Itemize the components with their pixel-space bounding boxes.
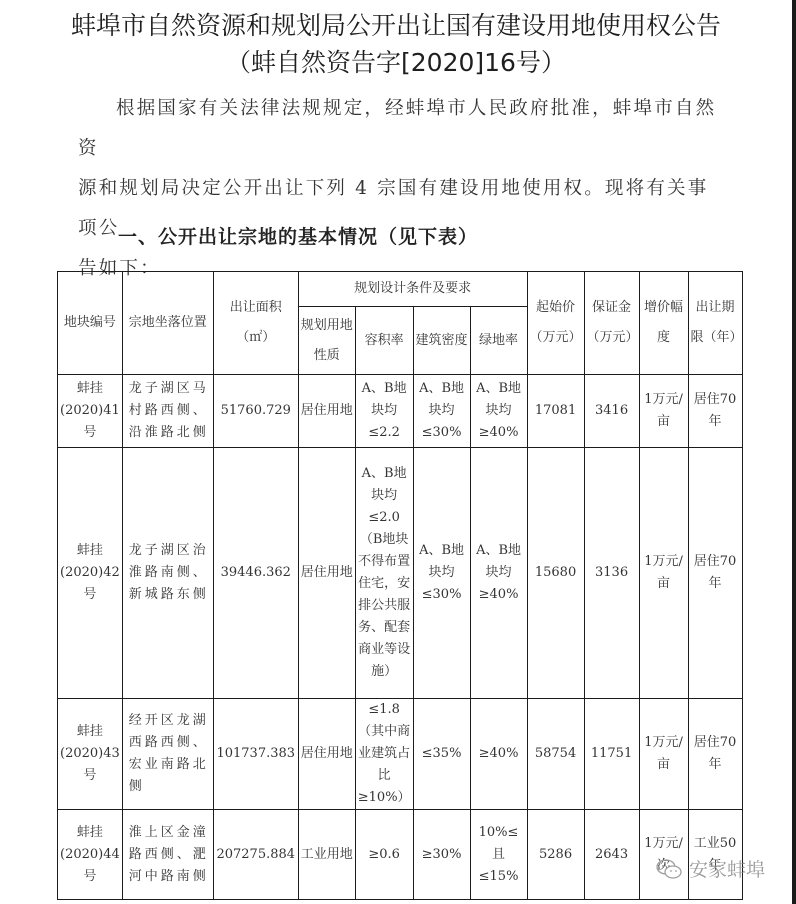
cell-green-ratio: ≥40%: [470, 699, 527, 810]
cell-start-price: 15680: [527, 448, 584, 699]
cell-far: A、B地块均≤2.2: [355, 375, 413, 448]
land-parcels-table: 地块编号 宗地坐落位置 出让面积（㎡） 规划设计条件及要求 起始价（万元） 保证…: [57, 271, 743, 900]
table-row: 蚌挂(2020)43号 经开区龙湖西路西侧、宏业南路北侧 101737.383 …: [58, 699, 743, 810]
cell-green-ratio: A、B地块均≥40%: [470, 448, 527, 699]
cell-parcel-no: 蚌挂(2020)44号: [58, 810, 123, 900]
header-parcel-no: 地块编号: [58, 272, 123, 375]
cell-density: ≥30%: [413, 810, 470, 900]
cell-area: 207275.884: [213, 810, 298, 900]
cell-parcel-no: 蚌挂(2020)41号: [58, 375, 123, 448]
cell-parcel-no: 蚌挂(2020)42号: [58, 448, 123, 699]
document-title: 蚌埠市自然资源和规划局公开出让国有建设用地使用权公告: [0, 6, 792, 42]
cell-land-use: 居住用地: [298, 699, 355, 810]
header-deposit: 保证金（万元）: [584, 272, 639, 375]
page-edge-border: [792, 0, 796, 904]
header-land-use: 规划用地性质: [298, 307, 355, 375]
cell-area: 51760.729: [213, 375, 298, 448]
header-area: 出让面积（㎡）: [213, 272, 298, 375]
header-term: 出让期限（年）: [688, 272, 742, 375]
cell-land-use: 工业用地: [298, 810, 355, 900]
table-row: 蚌挂(2020)41号 龙子湖区马村路西侧、沿淮路北侧 51760.729 居住…: [58, 375, 743, 448]
cell-term: 居住70年: [688, 448, 742, 699]
cell-increment: 1万元/亩: [639, 375, 688, 448]
cell-far: ≥0.6: [355, 810, 413, 900]
header-far: 容积率: [355, 307, 413, 375]
table-row: 蚌挂(2020)44号 淮上区金潼路西侧、淝河中路南侧 207275.884 工…: [58, 810, 743, 900]
cell-deposit: 11751: [584, 699, 639, 810]
cell-start-price: 58754: [527, 699, 584, 810]
cell-land-use: 居住用地: [298, 375, 355, 448]
document-number: （蚌自然资告字[2020]16号）: [0, 43, 792, 79]
cell-deposit: 2643: [584, 810, 639, 900]
wechat-icon: [655, 858, 683, 880]
cell-increment: 1万元/亩: [639, 699, 688, 810]
cell-deposit: 3136: [584, 448, 639, 699]
cell-green-ratio: 10%≤且≤15%: [470, 810, 527, 900]
table-row: 蚌挂(2020)42号 龙子湖区治淮路南侧、新城路东侧 39446.362 居住…: [58, 448, 743, 699]
cell-term: 居住70年: [688, 699, 742, 810]
watermark-text: 安家蚌埠: [689, 855, 765, 882]
cell-green-ratio: A、B地块均≥40%: [470, 375, 527, 448]
cell-term: 居住70年: [688, 375, 742, 448]
intro-line-1: 根据国家有关法律法规规定，经蚌埠市人民政府批准，蚌埠市自然资: [78, 89, 718, 169]
watermark: 安家蚌埠: [655, 855, 765, 882]
cell-far: ≤1.8（其中商业建筑占比≥10%）: [355, 699, 413, 810]
cell-location: 龙子湖区治淮路南侧、新城路东侧: [122, 448, 213, 699]
cell-increment: 1万元/亩: [639, 448, 688, 699]
header-density: 建筑密度: [413, 307, 470, 375]
cell-density: A、B地块均≤30%: [413, 375, 470, 448]
cell-location: 经开区龙湖西路西侧、宏业南路北侧: [122, 699, 213, 810]
cell-start-price: 5286: [527, 810, 584, 900]
section-heading: 一、公开出让宗地的基本情况（见下表）: [118, 222, 478, 249]
cell-deposit: 3416: [584, 375, 639, 448]
intro-paragraph: 根据国家有关法律法规规定，经蚌埠市人民政府批准，蚌埠市自然资 源和规划局决定公开…: [78, 89, 718, 289]
cell-land-use: 居住用地: [298, 448, 355, 699]
cell-location: 淮上区金潼路西侧、淝河中路南侧: [122, 810, 213, 900]
cell-far: A、B地块均≤2.0（B地块不得布置住宅，安排公共服务、配套商业等设施）: [355, 448, 413, 699]
cell-density: A、B地块均≤30%: [413, 448, 470, 699]
header-planning-conditions: 规划设计条件及要求: [298, 272, 527, 307]
cell-area: 101737.383: [213, 699, 298, 810]
cell-area: 39446.362: [213, 448, 298, 699]
header-green-ratio: 绿地率: [470, 307, 527, 375]
header-increment: 增价幅度: [639, 272, 688, 375]
cell-location: 龙子湖区马村路西侧、沿淮路北侧: [122, 375, 213, 448]
header-location: 宗地坐落位置: [122, 272, 213, 375]
header-start-price: 起始价（万元）: [527, 272, 584, 375]
cell-parcel-no: 蚌挂(2020)43号: [58, 699, 123, 810]
cell-start-price: 17081: [527, 375, 584, 448]
cell-density: ≤35%: [413, 699, 470, 810]
